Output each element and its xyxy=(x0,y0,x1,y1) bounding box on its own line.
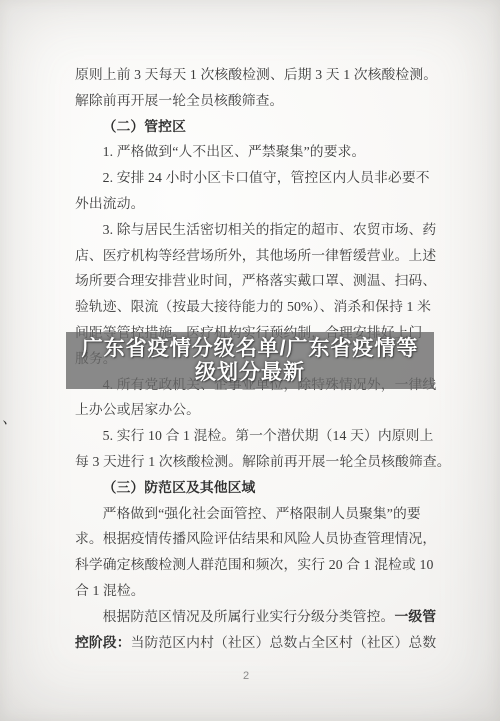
document-text: 合 1 混检。 xyxy=(75,583,145,598)
document-line: 合 1 混检。 xyxy=(75,578,441,604)
document-text: 1. 严格做到“人不出区、严禁聚集”的要求。 xyxy=(103,144,366,159)
document-text: 店、医疗机构等经营场所外，其他场所一律暂缓营业。上述 xyxy=(75,248,436,263)
document-line: 求。根据疫情传播风险评估结果和风险人员协查管理情况， xyxy=(75,526,441,552)
document-line: （二）管控区 xyxy=(75,114,441,140)
document-line: 外出流动。 xyxy=(75,191,441,217)
document-text-bold: （二）管控区 xyxy=(103,119,186,134)
document-text: 3. 除与居民生活密切相关的指定的超市、农贸市场、药 xyxy=(103,222,437,237)
caption-overlay: 广东省疫情分级名单/广东省疫情等 级划分最新 xyxy=(66,332,434,389)
document-line: 3. 除与居民生活密切相关的指定的超市、农贸市场、药 xyxy=(75,217,441,243)
document-line: 科学确定核酸检测人群范围和频次，实行 20 合 1 混检或 10 xyxy=(75,552,441,578)
document-text: 验轨迹、限流（按最大接待能力的 50%）、消杀和保持 1 米 xyxy=(75,299,431,314)
document-text: 2. 安排 24 小时小区卡口值守，管控区内人员非必要不 xyxy=(103,170,430,185)
document-text: 科学确定核酸检测人群范围和频次，实行 20 合 1 混检或 10 xyxy=(75,557,433,572)
page-number: 2 xyxy=(66,670,426,682)
document-line: 解除前再开展一轮全员核酸筛查。 xyxy=(75,88,441,114)
document-text: 严格做到“强化社会面管控、严格限制人员聚集”的要 xyxy=(103,506,421,521)
caption-title-line2: 级划分最新 xyxy=(195,361,305,385)
document-text-bold: 一级管 xyxy=(394,609,436,624)
document-photo: 原则上前 3 天每天 1 次核酸检测、后期 3 天 1 次核酸检测。解除前再开展… xyxy=(0,0,500,721)
document-line: 上办公或居家办公。 xyxy=(75,397,441,423)
document-line: 店、医疗机构等经营场所外，其他场所一律暂缓营业。上述 xyxy=(75,243,441,269)
document-line: （三）防范区及其他区域 xyxy=(75,475,441,501)
document-text: 求。根据疫情传播风险评估结果和风险人员协查管理情况， xyxy=(75,531,436,546)
document-line: 原则上前 3 天每天 1 次核酸检测、后期 3 天 1 次核酸检测。 xyxy=(75,62,441,88)
document-text-bold: 控阶段： xyxy=(75,635,131,650)
document-line: 根据防范区情况及所属行业实行分级分类管控。一级管 xyxy=(75,604,441,630)
document-line: 1. 严格做到“人不出区、严禁聚集”的要求。 xyxy=(75,139,441,165)
document-text-bold: （三）防范区及其他区域 xyxy=(103,480,256,495)
document-line: 5. 实行 10 合 1 混检。第一个潜伏期（14 天）内原则上 xyxy=(75,423,441,449)
document-text: 解除前再开展一轮全员核酸筛查。 xyxy=(75,93,283,108)
document-line: 严格做到“强化社会面管控、严格限制人员聚集”的要 xyxy=(75,501,441,527)
document-text: 每 3 天进行 1 次核酸检测。解除前再开展一轮全员核酸筛查。 xyxy=(75,454,451,469)
caption-title-line1: 广东省疫情分级名单/广东省疫情等 xyxy=(82,337,419,361)
document-text: 5. 实行 10 合 1 混检。第一个潜伏期（14 天）内原则上 xyxy=(103,428,434,443)
document-line: 场所要合理安排营业时间，严格落实戴口罩、测温、扫码、 xyxy=(75,268,441,294)
document-text: 外出流动。 xyxy=(75,196,144,211)
ink-mark: 、 xyxy=(2,407,20,430)
document-line: 控阶段：当防范区内村（社区）总数占全区村（社区）总数 xyxy=(75,630,441,656)
document-line: 验轨迹、限流（按最大接待能力的 50%）、消杀和保持 1 米 xyxy=(75,294,441,320)
document-line: 2. 安排 24 小时小区卡口值守，管控区内人员非必要不 xyxy=(75,165,441,191)
document-text: 上办公或居家办公。 xyxy=(75,402,200,417)
document-line: 每 3 天进行 1 次核酸检测。解除前再开展一轮全员核酸筛查。 xyxy=(75,449,441,475)
document-text: 根据防范区情况及所属行业实行分级分类管控。 xyxy=(103,609,395,624)
document-text: 场所要合理安排营业时间，严格落实戴口罩、测温、扫码、 xyxy=(75,273,436,288)
document-text: 当防范区内村（社区）总数占全区村（社区）总数 xyxy=(131,635,437,650)
document-text: 原则上前 3 天每天 1 次核酸检测、后期 3 天 1 次核酸检测。 xyxy=(75,67,437,82)
